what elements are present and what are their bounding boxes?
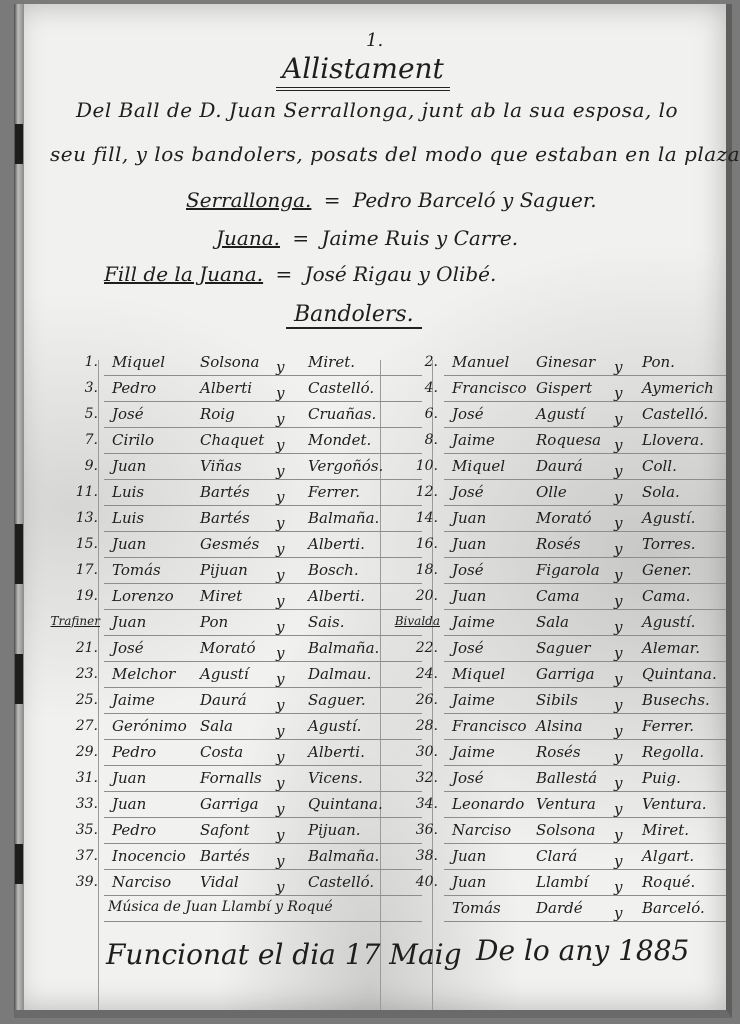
binding-thread [15, 524, 23, 584]
performance-year: De lo any 1885 [476, 934, 689, 967]
second-surname: Cruañas. [308, 405, 376, 423]
second-surname: Aymerich [642, 379, 714, 397]
entry-number: 39. [60, 874, 98, 890]
list-item: 8.JaimeRoquesayLlovera. [444, 428, 726, 454]
role-actor: José Rigau y Olibé. [305, 262, 497, 286]
second-surname: Quintana. [308, 795, 383, 813]
list-item: 35.PedroSafontyPijuan. [104, 818, 422, 844]
second-surname: Miret. [308, 353, 355, 371]
second-surname: Pon. [642, 353, 675, 371]
given-name: Narciso [112, 873, 171, 891]
given-name: José [452, 405, 484, 423]
entry-number: 7. [60, 432, 98, 448]
given-name: Juan [452, 535, 486, 553]
list-item: 22.JoséSagueryAlemar. [444, 636, 726, 662]
first-surname: Agustí [200, 665, 249, 683]
first-surname: Garriga [536, 665, 595, 683]
entry-number: 14. [400, 510, 438, 526]
first-surname: Figarola [536, 561, 600, 579]
conjunction: y [276, 358, 284, 376]
second-surname: Ferrer. [308, 483, 360, 501]
list-item: 2.ManuelGinesaryPon. [444, 350, 726, 376]
first-surname: Solsona [200, 353, 259, 371]
given-name: Jaime [452, 431, 495, 449]
given-name: Miquel [112, 353, 165, 371]
list-item: 27.GerónimoSalayAgustí. [104, 714, 422, 740]
conjunction: y [614, 696, 622, 714]
second-surname: Cama. [642, 587, 690, 605]
given-name: Tomás [452, 899, 501, 917]
list-item: 37.InocencioBartésyBalmaña. [104, 844, 422, 870]
conjunction: y [276, 514, 284, 532]
conjunction: y [276, 436, 284, 454]
given-name: Juan [112, 795, 146, 813]
list-item: 36.NarcisoSolsonayMiret. [444, 818, 726, 844]
entry-number: 28. [400, 718, 438, 734]
second-surname: Pijuan. [308, 821, 361, 839]
equals-sign: = [275, 262, 292, 286]
conjunction: y [276, 748, 284, 766]
list-item: TomásDardéyBarceló. [444, 896, 726, 922]
conjunction: y [276, 462, 284, 480]
entry-number: 40. [400, 874, 438, 890]
list-item: 19.LorenzoMiretyAlberti. [104, 584, 422, 610]
list-item: 32.JoséBallestáyPuig. [444, 766, 726, 792]
bandolers-list-left: 1.MiquelSolsonayMiret.3.PedroAlbertiyCas… [104, 350, 422, 922]
list-item: 5.JoséRoigyCruañas. [104, 402, 422, 428]
first-surname: Pon [200, 613, 228, 631]
first-surname: Cama [536, 587, 580, 605]
list-item: 29.PedroCostayAlberti. [104, 740, 422, 766]
second-surname: Sola. [642, 483, 680, 501]
entry-number: 35. [60, 822, 98, 838]
second-surname: Castelló. [308, 379, 374, 397]
binding-thread [15, 844, 23, 884]
conjunction: y [614, 462, 622, 480]
second-surname: Vicens. [308, 769, 363, 787]
second-surname: Miret. [642, 821, 689, 839]
given-name: José [452, 639, 484, 657]
second-surname: Coll. [642, 457, 677, 475]
list-item: 3.PedroAlbertiyCastelló. [104, 376, 422, 402]
entry-number: 17. [60, 562, 98, 578]
first-surname: Fornalls [200, 769, 262, 787]
given-name: Juan [112, 769, 146, 787]
entry-number: 19. [60, 588, 98, 604]
first-surname: Vidal [200, 873, 239, 891]
entry-number: 31. [60, 770, 98, 786]
role-row: Juana. = Jaime Ruis y Carre. [216, 226, 518, 250]
second-surname: Balmaña. [308, 639, 379, 657]
second-surname: Agustí. [642, 509, 695, 527]
given-name: Jaime [452, 743, 495, 761]
second-surname: Roqué. [642, 873, 695, 891]
given-name: Música de Juan Llambí y Roqué [108, 899, 333, 915]
binding-thread [15, 654, 23, 704]
role-label: Juana. [216, 226, 280, 250]
second-surname: Busechs. [642, 691, 710, 709]
performance-date: Funcionat el dia 17 Maig [106, 938, 462, 971]
entry-number: 18. [400, 562, 438, 578]
first-surname: Pijuan [200, 561, 248, 579]
first-surname: Solsona [536, 821, 595, 839]
second-surname: Saguer. [308, 691, 366, 709]
entry-number: 37. [60, 848, 98, 864]
entry-number: 27. [60, 718, 98, 734]
first-surname: Morató [200, 639, 256, 657]
list-item: 7.CiriloChaquetyMondet. [104, 428, 422, 454]
conjunction: y [614, 904, 622, 922]
entry-number: 24. [400, 666, 438, 682]
section-title: Bandolers. [286, 302, 422, 329]
conjunction: y [614, 592, 622, 610]
conjunction: y [276, 488, 284, 506]
first-surname: Rosés [536, 535, 581, 553]
entry-number: 20. [400, 588, 438, 604]
conjunction: y [276, 670, 284, 688]
given-name: Manuel [452, 353, 509, 371]
first-surname: Llambí [536, 873, 588, 891]
first-surname: Sibils [536, 691, 578, 709]
second-surname: Agustí. [642, 613, 695, 631]
first-surname: Sala [200, 717, 233, 735]
entry-number: 36. [400, 822, 438, 838]
given-name: Juan [112, 457, 146, 475]
first-surname: Rosés [536, 743, 581, 761]
conjunction: y [614, 722, 622, 740]
entry-number: 26. [400, 692, 438, 708]
second-surname: Balmaña. [308, 847, 379, 865]
entry-number: 30. [400, 744, 438, 760]
conjunction: y [276, 722, 284, 740]
role-row: Serrallonga. = Pedro Barceló y Saguer. [186, 188, 597, 212]
first-surname: Alsina [536, 717, 583, 735]
list-item: 4.FranciscoGispertyAymerich [444, 376, 726, 402]
entry-number: 16. [400, 536, 438, 552]
list-item: 13.LuisBartésyBalmaña. [104, 506, 422, 532]
first-surname: Morató [536, 509, 592, 527]
list-item: 26.JaimeSibilsyBusechs. [444, 688, 726, 714]
second-surname: Ventura. [642, 795, 707, 813]
second-surname: Agustí. [308, 717, 361, 735]
conjunction: y [276, 566, 284, 584]
second-surname: Gener. [642, 561, 692, 579]
second-surname: Alberti. [308, 587, 365, 605]
first-surname: Garriga [200, 795, 259, 813]
list-item: 25.JaimeDauráySaguer. [104, 688, 422, 714]
second-surname: Vergoñós. [308, 457, 383, 475]
first-surname: Miret [200, 587, 242, 605]
role-label: Serrallonga. [186, 188, 311, 212]
intro-line: seu fill, y los bandolers, posats del mo… [50, 142, 740, 166]
conjunction: y [276, 826, 284, 844]
first-surname: Gesmés [200, 535, 259, 553]
given-name: Narciso [452, 821, 511, 839]
page-binding [14, 4, 24, 1010]
entry-number: Bivalda [354, 614, 440, 628]
first-surname: Bartés [200, 847, 250, 865]
given-name: Juan [112, 535, 146, 553]
second-surname: Alberti. [308, 535, 365, 553]
given-name: José [112, 639, 144, 657]
conjunction: y [614, 644, 622, 662]
list-item: 6.JoséAgustíyCastelló. [444, 402, 726, 428]
given-name: Leonardo [452, 795, 524, 813]
conjunction: y [614, 358, 622, 376]
list-item: 30.JaimeRosésyRegolla. [444, 740, 726, 766]
entry-number: 23. [60, 666, 98, 682]
second-surname: Alemar. [642, 639, 700, 657]
given-name: Cirilo [112, 431, 154, 449]
first-surname: Dardé [536, 899, 583, 917]
given-name: Juan [452, 873, 486, 891]
list-item: 33.JuanGarrigayQuintana. [104, 792, 422, 818]
list-item: 18.JoséFigarolayGener. [444, 558, 726, 584]
second-surname: Quintana. [642, 665, 717, 683]
conjunction: y [276, 384, 284, 402]
list-item: 14.JuanMoratóyAgustí. [444, 506, 726, 532]
given-name: Francisco [452, 379, 527, 397]
entry-number: 3. [60, 380, 98, 396]
second-surname: Ferrer. [642, 717, 694, 735]
bandolers-list-right: 2.ManuelGinesaryPon.4.FranciscoGispertyA… [444, 350, 726, 922]
given-name: Luis [112, 509, 144, 527]
first-surname: Alberti [200, 379, 252, 397]
given-name: Miquel [452, 665, 505, 683]
conjunction: y [614, 748, 622, 766]
list-item: 24.MiquelGarrigayQuintana. [444, 662, 726, 688]
first-surname: Sala [536, 613, 569, 631]
conjunction: y [614, 436, 622, 454]
list-item: 28.FranciscoAlsinayFerrer. [444, 714, 726, 740]
conjunction: y [276, 540, 284, 558]
entry-number: 32. [400, 770, 438, 786]
second-surname: Llovera. [642, 431, 704, 449]
second-surname: Puig. [642, 769, 681, 787]
given-name: José [452, 769, 484, 787]
list-item: 10.MiquelDauráyColl. [444, 454, 726, 480]
first-surname: Ballestá [536, 769, 597, 787]
entry-number: 5. [60, 406, 98, 422]
given-name: Inocencio [112, 847, 186, 865]
first-surname: Viñas [200, 457, 242, 475]
role-row: Fill de la Juana. = José Rigau y Olibé. [104, 262, 496, 286]
second-surname: Dalmau. [308, 665, 371, 683]
second-surname: Bosch. [308, 561, 359, 579]
conjunction: y [614, 852, 622, 870]
conjunction: y [614, 826, 622, 844]
entry-number: 11. [60, 484, 98, 500]
second-surname: Castelló. [308, 873, 374, 891]
entry-number: 10. [400, 458, 438, 474]
entry-number: 13. [60, 510, 98, 526]
entry-number: 22. [400, 640, 438, 656]
second-surname: Balmaña. [308, 509, 379, 527]
conjunction: y [614, 410, 622, 428]
conjunction: y [276, 410, 284, 428]
given-name: Jaime [452, 613, 495, 631]
entry-number: 34. [400, 796, 438, 812]
page-number: 1. [366, 30, 383, 51]
first-surname: Bartés [200, 483, 250, 501]
role-label: Fill de la Juana. [104, 262, 263, 286]
conjunction: y [276, 644, 284, 662]
second-surname: Barceló. [642, 899, 705, 917]
given-name: Jaime [112, 691, 155, 709]
ledger-rule [98, 360, 99, 1010]
entry-number: 12. [400, 484, 438, 500]
second-surname: Mondet. [308, 431, 371, 449]
list-item: 15.JuanGesmésyAlberti. [104, 532, 422, 558]
list-item: 9.JuanViñasyVergoñós. [104, 454, 422, 480]
list-item: 20.JuanCamayCama. [444, 584, 726, 610]
second-surname: Algart. [642, 847, 694, 865]
entry-number: 6. [400, 406, 438, 422]
list-item: 38.JuanClaráyAlgart. [444, 844, 726, 870]
first-surname: Gispert [536, 379, 592, 397]
first-surname: Olle [536, 483, 567, 501]
conjunction: y [614, 878, 622, 896]
list-item: BivaldaJaimeSalayAgustí. [444, 610, 726, 636]
list-item: 23.MelchorAgustíyDalmau. [104, 662, 422, 688]
conjunction: y [276, 774, 284, 792]
conjunction: y [614, 774, 622, 792]
equals-sign: = [324, 188, 341, 212]
first-surname: Ventura [536, 795, 596, 813]
given-name: Juan [452, 509, 486, 527]
conjunction: y [614, 384, 622, 402]
given-name: Gerónimo [112, 717, 187, 735]
entry-number: 21. [60, 640, 98, 656]
given-name: José [112, 405, 144, 423]
second-surname: Castelló. [642, 405, 708, 423]
given-name: Lorenzo [112, 587, 174, 605]
first-surname: Saguer [536, 639, 591, 657]
list-item: 34.LeonardoVenturayVentura. [444, 792, 726, 818]
binding-thread [15, 124, 23, 164]
entry-number: 38. [400, 848, 438, 864]
role-actor: Pedro Barceló y Saguer. [353, 188, 597, 212]
given-name: Juan [452, 847, 486, 865]
first-surname: Roquesa [536, 431, 601, 449]
given-name: José [452, 483, 484, 501]
entry-number: 29. [60, 744, 98, 760]
entry-number: Trafiner [14, 614, 100, 628]
first-surname: Safont [200, 821, 250, 839]
first-surname: Roig [200, 405, 235, 423]
given-name: Pedro [112, 379, 156, 397]
conjunction: y [276, 696, 284, 714]
first-surname: Costa [200, 743, 243, 761]
first-surname: Ginesar [536, 353, 595, 371]
given-name: Pedro [112, 743, 156, 761]
first-surname: Daurá [536, 457, 583, 475]
list-item: 1.MiquelSolsonayMiret. [104, 350, 422, 376]
second-surname: Regolla. [642, 743, 704, 761]
conjunction: y [614, 540, 622, 558]
given-name: Luis [112, 483, 144, 501]
given-name: Jaime [452, 691, 495, 709]
conjunction: y [614, 618, 622, 636]
list-item: 31.JuanFornallsyVicens. [104, 766, 422, 792]
entry-number: 1. [60, 354, 98, 370]
list-item: 40.JuanLlambíyRoqué. [444, 870, 726, 896]
list-item: Música de Juan Llambí y Roqué [104, 896, 422, 922]
given-name: Melchor [112, 665, 175, 683]
given-name: Juan [452, 587, 486, 605]
entry-number: 33. [60, 796, 98, 812]
role-actor: Jaime Ruis y Carre. [321, 226, 518, 250]
second-surname: Sais. [308, 613, 344, 631]
first-surname: Daurá [200, 691, 247, 709]
second-surname: Alberti. [308, 743, 365, 761]
first-surname: Clará [536, 847, 577, 865]
list-item: 21.JoséMoratóyBalmaña. [104, 636, 422, 662]
conjunction: y [276, 618, 284, 636]
given-name: José [452, 561, 484, 579]
given-name: Tomás [112, 561, 161, 579]
conjunction: y [276, 592, 284, 610]
first-surname: Agustí [536, 405, 585, 423]
list-item: 12.JoséOlleySola. [444, 480, 726, 506]
entry-number: 25. [60, 692, 98, 708]
conjunction: y [276, 800, 284, 818]
intro-line: Del Ball de D. Juan Serrallonga, junt ab… [76, 98, 678, 122]
entry-number: 15. [60, 536, 98, 552]
entry-number: 8. [400, 432, 438, 448]
entry-number: 2. [400, 354, 438, 370]
given-name: Juan [112, 613, 146, 631]
given-name: Pedro [112, 821, 156, 839]
list-item: 39.NarcisoVidalyCastelló. [104, 870, 422, 896]
page-title: Allistament [276, 52, 450, 91]
first-surname: Chaquet [200, 431, 264, 449]
conjunction: y [614, 800, 622, 818]
conjunction: y [614, 670, 622, 688]
conjunction: y [614, 488, 622, 506]
conjunction: y [276, 878, 284, 896]
given-name: Miquel [452, 457, 505, 475]
conjunction: y [276, 852, 284, 870]
conjunction: y [614, 566, 622, 584]
equals-sign: = [292, 226, 309, 250]
entry-number: 9. [60, 458, 98, 474]
conjunction: y [614, 514, 622, 532]
given-name: Francisco [452, 717, 527, 735]
list-item: 16.JuanRosésyTorres. [444, 532, 726, 558]
entry-number: 4. [400, 380, 438, 396]
list-item: 17.TomásPijuanyBosch. [104, 558, 422, 584]
manuscript-page: 1. Allistament Del Ball de D. Juan Serra… [14, 4, 732, 1018]
first-surname: Bartés [200, 509, 250, 527]
second-surname: Torres. [642, 535, 696, 553]
list-item: 11.LuisBartésyFerrer. [104, 480, 422, 506]
